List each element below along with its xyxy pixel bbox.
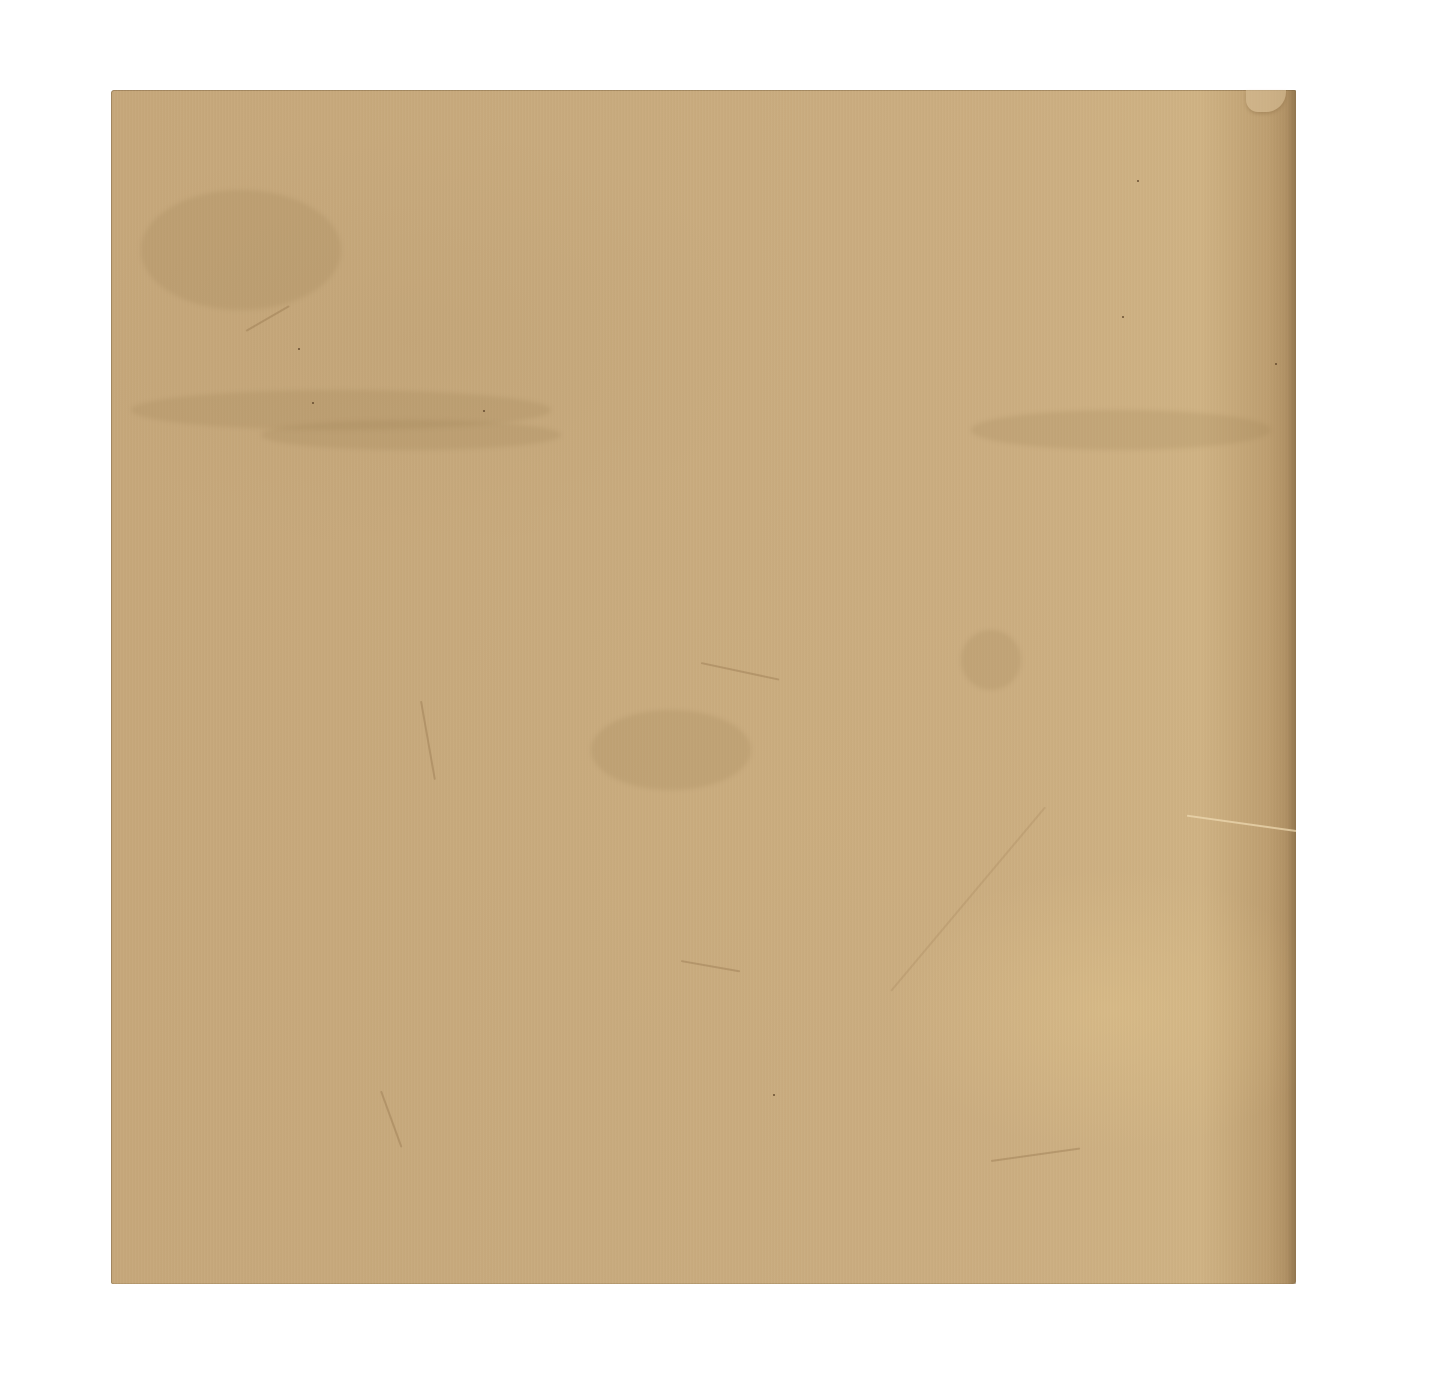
speck [1137, 180, 1139, 182]
speck [483, 410, 485, 412]
stain [961, 630, 1021, 690]
speck [1275, 363, 1277, 365]
stain [261, 420, 561, 450]
spine-shadow [1268, 90, 1296, 1284]
speck [1122, 316, 1124, 318]
speck [773, 1094, 775, 1096]
blank-paper-sheet [111, 90, 1296, 1284]
speck [312, 402, 314, 404]
stain [591, 710, 751, 790]
speck [298, 348, 300, 350]
scan-background [0, 0, 1445, 1392]
stain [971, 410, 1271, 450]
stain [141, 190, 341, 310]
